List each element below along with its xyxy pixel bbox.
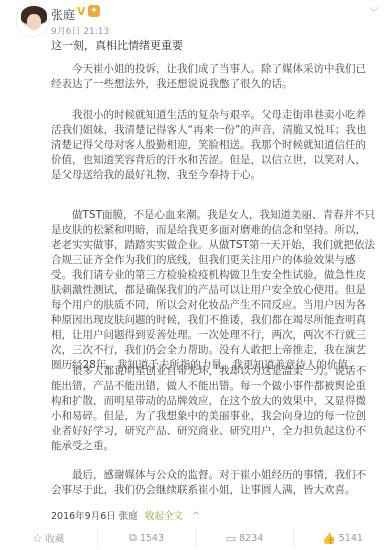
- comment-count: 8234: [239, 533, 263, 544]
- avatar[interactable]: [16, 3, 50, 37]
- post-time: 9月6日 21:13: [51, 24, 109, 37]
- chevron-up-icon[interactable]: ^: [192, 511, 200, 522]
- signature: 2016年9月6日 张庭: [51, 511, 138, 522]
- comment-icon: ▭: [226, 532, 236, 545]
- favorite-label: 收藏: [45, 531, 64, 545]
- favorite-button[interactable]: ☆ 收藏: [0, 528, 98, 548]
- comment-button[interactable]: ▭ 8234: [196, 528, 294, 548]
- like-button[interactable]: 👍 5141: [294, 528, 391, 548]
- verified-icon: V: [77, 5, 86, 18]
- paragraph-4: 很多人都说明星创业自带光环，我却以为这是温柔一刀。说话不能出错，产品不能出错，做…: [51, 364, 376, 454]
- action-bar: ☆ 收藏 ⧉ 1543 ▭ 8234 👍 5141: [0, 528, 391, 548]
- paragraph-2: 我很小的时候就知道生活的复杂与艰辛。父母走街串巷卖小吃养活我们姐妹，我清楚记得客…: [51, 108, 376, 183]
- paragraph-5: 最后，感谢媒体与公众的监督。对于崔小姐经历的事情，我们不会事尽于此，我们仍会继续…: [51, 468, 376, 498]
- like-count: 5141: [339, 533, 363, 544]
- repost-count: 1543: [140, 533, 164, 544]
- paragraph-1: 今天崔小姐的投诉，让我们成了当事人。除了媒体采访中我们已经表达了一些想法外，我还…: [51, 62, 376, 92]
- post-title: 这一刻，真相比情绪更重要: [51, 37, 183, 53]
- thumbs-up-icon: 👍: [322, 532, 336, 545]
- repost-button[interactable]: ⧉ 1543: [98, 528, 196, 548]
- collapse-link[interactable]: 收起全文: [145, 511, 183, 522]
- author-name[interactable]: 张庭: [51, 6, 75, 23]
- paragraph-3: 做TST面膜，不是心血来潮。我是女人，我知道美丽、青春并不只是皮肤的松紧和明暗，…: [51, 208, 376, 373]
- repost-icon: ⧉: [129, 531, 137, 545]
- post-header: 张庭 V ✦ 9月6日 21:13 ﹀ 这一刻，真相比情绪更重要: [0, 0, 391, 52]
- star-icon: ☆: [33, 532, 43, 545]
- post-signature-row: 2016年9月6日 张庭 收起全文 ^: [51, 508, 200, 522]
- chevron-down-icon[interactable]: ﹀: [369, 4, 379, 19]
- vip-icon: ✦: [88, 5, 100, 17]
